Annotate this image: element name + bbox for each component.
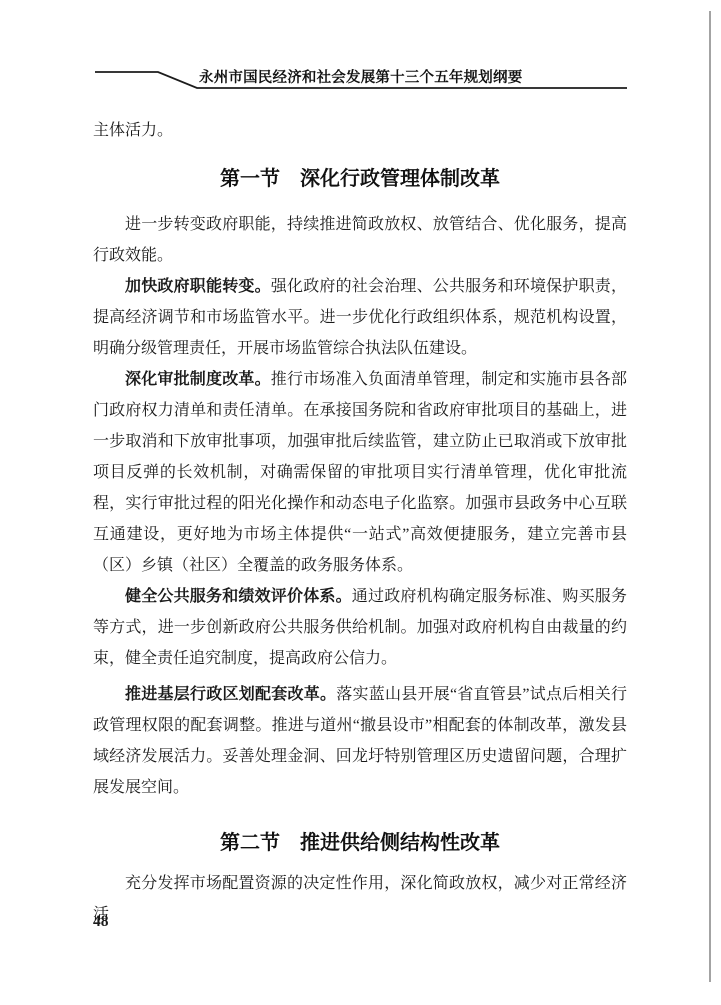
paragraph: 充分发挥市场配置资源的决定性作用，深化简政放权，减少对正常经济活 xyxy=(93,868,627,930)
paragraph: 加快政府职能转变。强化政府的社会治理、公共服务和环境保护职责，提高经济调节和市场… xyxy=(93,271,627,364)
paragraph: 健全公共服务和绩效评价体系。通过政府机构确定服务标准、购买服务等方式，进一步创新… xyxy=(93,581,627,674)
paragraph: 深化审批制度改革。推行市场准入负面清单管理，制定和实施市县各部门政府权力清单和责… xyxy=(93,364,627,581)
paragraph: 进一步转变政府职能，持续推进简政放权、放管结合、优化服务，提高行政效能。 xyxy=(93,209,627,271)
section-heading-1: 第一节 深化行政管理体制改革 xyxy=(93,166,627,192)
header-rule xyxy=(0,0,721,110)
page-number: 48 xyxy=(93,913,109,931)
page-edge-line xyxy=(709,11,711,982)
header-title: 永州市国民经济和社会发展第十三个五年规划纲要 xyxy=(199,71,522,86)
paragraph-text: 进一步转变政府职能，持续推进简政放权、放管结合、优化服务，提高行政效能。 xyxy=(93,216,627,264)
paragraph-lead: 健全公共服务和绩效评价体系。 xyxy=(125,588,352,605)
paragraph-text: 推行市场准入负面清单管理，制定和实施市县各部门政府权力清单和责任清单。在承接国务… xyxy=(93,371,627,574)
document-body: 主体活力。 第一节 深化行政管理体制改革 进一步转变政府职能，持续推进简政放权、… xyxy=(93,115,627,930)
paragraph-text: 充分发挥市场配置资源的决定性作用，深化简政放权，减少对正常经济活 xyxy=(93,875,627,923)
paragraph-lead: 加快政府职能转变。 xyxy=(125,278,271,295)
paragraph-lead: 深化审批制度改革。 xyxy=(125,371,271,388)
paragraph: 推进基层行政区划配套改革。落实蓝山县开展“省直管县”试点后相关行政管理权限的配套… xyxy=(93,679,627,803)
section-heading-2: 第二节 推进供给侧结构性改革 xyxy=(93,830,627,856)
paragraph-lead: 推进基层行政区划配套改革。 xyxy=(125,686,336,703)
intro-paragraph: 主体活力。 xyxy=(93,115,627,146)
